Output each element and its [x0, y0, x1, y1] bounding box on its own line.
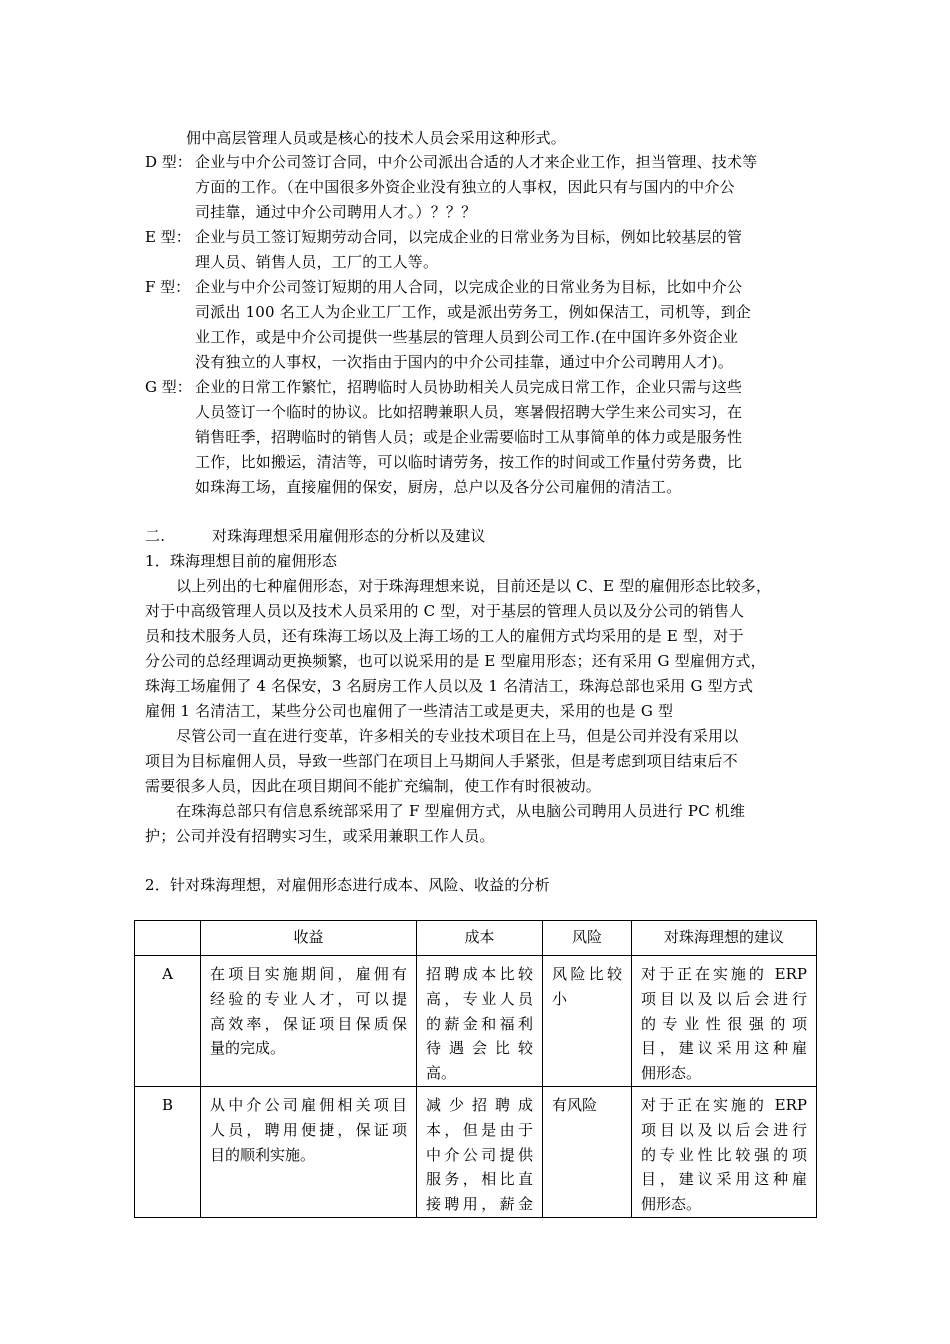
- paragraph-line: 护；公司并没有招聘实习生，或采用兼职工作人员。: [145, 826, 495, 846]
- cell-risk: 风险比较 小: [543, 956, 632, 1087]
- cell-line: 佣形态。: [641, 1061, 807, 1086]
- cell-line: 服务，相比直: [426, 1167, 533, 1192]
- paragraph-line: 以上列出的七种雇佣形态，对于珠海理想来说，目前还是以 C、E 型的雇佣形态比较多…: [176, 576, 771, 596]
- header-cost: 成本: [417, 921, 543, 956]
- cell-line: 招聘成本比较: [426, 962, 533, 987]
- type-e-line: 理人员、销售人员，工厂的工人等。: [195, 252, 438, 272]
- type-d-line: 方面的工作。（在中国很多外资企业没有独立的人事权，因此只有与国内的中介公: [195, 177, 735, 197]
- header-blank: [135, 921, 201, 956]
- cell-line: 本，但是由于: [426, 1118, 533, 1143]
- paragraph-line: 员和技术服务人员，还有珠海工场以及上海工场的工人的雇佣方式均采用的是 E 型，对…: [145, 626, 744, 646]
- cell-line: 从中介公司雇佣相关项目: [210, 1093, 407, 1118]
- paragraph-line: 对于中高级管理人员以及技术人员采用的 C 型，对于基层的管理人员以及分公司的销售…: [145, 601, 744, 621]
- paragraph-line: 尽管公司一直在进行变革，许多相关的专业技术项目在上马，但是公司并没有采用以: [176, 726, 738, 746]
- paragraph-line: 在珠海总部只有信息系统部采用了 F 型雇佣方式，从电脑公司聘用人员进行 PC 机…: [176, 801, 745, 821]
- row-label: A: [135, 956, 201, 1087]
- cell-line: 中介公司提供: [426, 1143, 533, 1168]
- subsection-1-heading: 1．珠海理想目前的雇佣形态: [145, 551, 337, 571]
- type-f-line: 企业与中介公司签订短期的用人合同，以完成企业的日常业务为目标，比如中介公: [195, 277, 742, 297]
- cell-cost: 招聘成本比较 高，专业人员 的薪金和福利 待遇会比较 高。: [417, 956, 543, 1087]
- cell-line: 小: [552, 987, 622, 1012]
- cell-line: 项目以及以后会进行: [641, 1118, 807, 1143]
- cell-line: 目，建议采用这种雇: [641, 1036, 807, 1061]
- cell-line: 目，建议采用这种雇: [641, 1167, 807, 1192]
- cell-line: 高。: [426, 1061, 533, 1086]
- cell-line: 的专业性比较强的项: [641, 1143, 807, 1168]
- type-g-line: 人员签订一个临时的协议。比如招聘兼职人员，寒暑假招聘大学生来公司实习，在: [195, 402, 742, 422]
- table-row: A 在项目实施期间，雇佣有 经验的专业人才，可以提 高效率，保证项目保质保 量的…: [135, 956, 817, 1087]
- type-d-label: D 型：: [145, 152, 192, 172]
- cell-line: 经验的专业人才，可以提: [210, 987, 407, 1012]
- cell-benefit: 在项目实施期间，雇佣有 经验的专业人才，可以提 高效率，保证项目保质保 量的完成…: [201, 956, 417, 1087]
- subsection-2-heading: 2．针对珠海理想，对雇佣形态进行成本、风险、收益的分析: [145, 875, 550, 895]
- analysis-table: 收益 成本 风险 对珠海理想的建议 A 在项目实施期间，雇佣有 经验的专业人才，…: [134, 920, 817, 1218]
- cell-line: 在项目实施期间，雇佣有: [210, 962, 407, 987]
- cell-line: 对于正在实施的 ERP: [641, 962, 807, 987]
- type-d-line: 司挂靠，通过中介公司聘用人才。）？？？: [195, 202, 476, 222]
- intro-line: 佣中高层管理人员或是核心的技术人员会采用这种形式。: [186, 128, 566, 148]
- table-header-row: 收益 成本 风险 对珠海理想的建议: [135, 921, 817, 956]
- paragraph-line: 项目为目标雇佣人员，导致一些部门在项目上马期间人手紧张，但是考虑到项目结束后不: [145, 751, 738, 771]
- table-row: B 从中介公司雇佣相关项目 人员，聘用便捷，保证项 目的顺利实施。 减少招聘成 …: [135, 1086, 817, 1217]
- type-d-line: 企业与中介公司签订合同，中介公司派出合适的人才来企业工作，担当管理、技术等: [195, 152, 757, 172]
- type-e-label: E 型：: [145, 227, 191, 247]
- cell-line: 接聘用，薪金: [426, 1192, 533, 1217]
- type-g-line: 工作，比如搬运，清洁等，可以临时请劳务，按工作的时间或工作量付劳务费，比: [195, 452, 742, 472]
- section-title: 对珠海理想采用雇佣形态的分析以及建议: [212, 526, 486, 546]
- type-f-line: 没有独立的人事权，一次指由于国内的中介公司挂靠，通过中介公司聘用人才)。: [195, 352, 733, 372]
- cell-benefit: 从中介公司雇佣相关项目 人员，聘用便捷，保证项 目的顺利实施。: [201, 1086, 417, 1217]
- header-risk: 风险: [543, 921, 632, 956]
- cell-line: 佣形态。: [641, 1192, 807, 1217]
- cell-line: 的薪金和福利: [426, 1012, 533, 1037]
- cell-line: 高效率，保证项目保质保: [210, 1012, 407, 1037]
- type-g-label: G 型：: [145, 377, 192, 397]
- paragraph-line: 分公司的总经理调动更换频繁，也可以说采用的是 E 型雇用形态；还有采用 G 型雇…: [145, 651, 766, 671]
- type-f-line: 业工作，或是中介公司提供一些基层的管理人员到公司工作.(在中国许多外资企业: [195, 327, 738, 347]
- cell-line: 高，专业人员: [426, 987, 533, 1012]
- cell-line: 人员，聘用便捷，保证项: [210, 1118, 407, 1143]
- type-g-line: 企业的日常工作繁忙，招聘临时人员协助相关人员完成日常工作，企业只需与这些: [195, 377, 742, 397]
- cell-line: 目的顺利实施。: [210, 1143, 407, 1168]
- cell-line: 的专业性很强的项: [641, 1012, 807, 1037]
- type-f-line: 司派出 100 名工人为企业工厂工作，或是派出劳务工，例如保洁工，司机等，到企: [195, 302, 751, 322]
- paragraph-line: 雇佣 1 名清洁工，某些分公司也雇佣了一些清洁工或是更夫，采用的也是 G 型: [145, 701, 673, 721]
- document-page: 佣中高层管理人员或是核心的技术人员会采用这种形式。 D 型： 企业与中介公司签订…: [0, 0, 950, 1344]
- paragraph-line: 需要很多人员，因此在项目期间不能扩充编制，使工作有时很被动。: [145, 776, 601, 796]
- type-f-label: F 型：: [145, 277, 190, 297]
- type-e-line: 企业与员工签订短期劳动合同，以完成企业的日常业务为目标，例如比较基层的管: [195, 227, 742, 247]
- cell-line: 有风险: [552, 1093, 622, 1118]
- cell-line: 项目以及以后会进行: [641, 987, 807, 1012]
- header-benefit: 收益: [201, 921, 417, 956]
- cell-line: 待遇会比较: [426, 1036, 533, 1061]
- paragraph-line: 珠海工场雇佣了 4 名保安，3 名厨房工作人员以及 1 名清洁工，珠海总部也采用…: [145, 676, 753, 696]
- type-g-line: 销售旺季，招聘临时的销售人员；或是企业需要临时工从事简单的体力或是服务性: [195, 427, 742, 447]
- cell-line: 量的完成。: [210, 1036, 407, 1061]
- header-advice: 对珠海理想的建议: [632, 921, 817, 956]
- section-number: 二.: [145, 526, 165, 546]
- cell-line: 对于正在实施的 ERP: [641, 1093, 807, 1118]
- cell-line: 减少招聘成: [426, 1093, 533, 1118]
- cell-advice: 对于正在实施的 ERP 项目以及以后会进行 的专业性很强的项 目，建议采用这种雇…: [632, 956, 817, 1087]
- cell-cost: 减少招聘成 本，但是由于 中介公司提供 服务，相比直 接聘用，薪金: [417, 1086, 543, 1217]
- cell-line: 风险比较: [552, 962, 622, 987]
- row-label: B: [135, 1086, 201, 1217]
- cell-advice: 对于正在实施的 ERP 项目以及以后会进行 的专业性比较强的项 目，建议采用这种…: [632, 1086, 817, 1217]
- cell-risk: 有风险: [543, 1086, 632, 1217]
- type-g-line: 如珠海工场，直接雇佣的保安，厨房，总户以及各分公司雇佣的清洁工。: [195, 477, 681, 497]
